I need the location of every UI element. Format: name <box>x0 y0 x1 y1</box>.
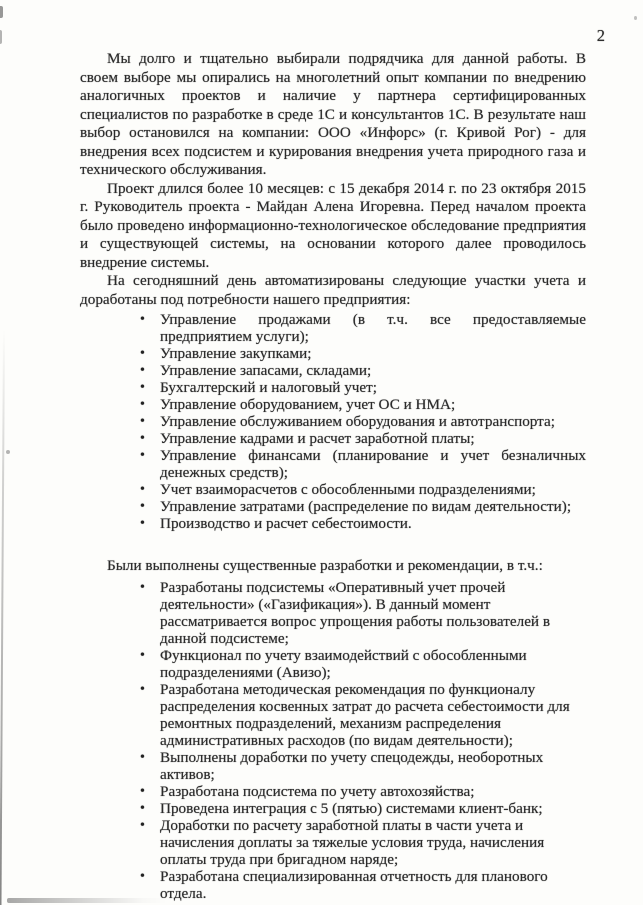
list-item: • Бухгалтерский и налоговый учет; <box>80 379 586 396</box>
document-content: Мы долго и тщательно выбирали подрядчика… <box>80 50 586 902</box>
list-item: • Управление кадрами и расчет заработной… <box>80 430 586 447</box>
list-item: • Управление запасами, складами; <box>80 362 586 379</box>
automated-areas-list: • Управление продажами (в т.ч. все предо… <box>80 311 586 532</box>
list-item-text: Управление оборудованием, учет ОС и НМА; <box>160 396 586 413</box>
list-item: • Разработана методическая рекомендация … <box>80 681 586 749</box>
list-item-text: Учет взаиморасчетов с обособленными подр… <box>160 481 586 498</box>
scan-speck-artifact <box>6 450 10 454</box>
list-item-text: Управление затратами (распределение по в… <box>160 498 586 515</box>
bullet-icon: • <box>140 362 160 379</box>
list-item: • Разработаны подсистемы «Оперативный уч… <box>80 579 586 647</box>
list-item: • Управление продажами (в т.ч. все предо… <box>80 311 586 345</box>
list-item-text: Выполнены доработки по учету спецодежды,… <box>160 749 586 783</box>
developments-lead: Были выполнены существенные разработки и… <box>80 557 586 576</box>
bullet-icon: • <box>140 515 160 532</box>
scan-smudge-artifact <box>7 898 167 903</box>
list-item-text: Управление кадрами и расчет заработной п… <box>160 430 586 447</box>
list-item-text: Управление закупками; <box>160 345 586 362</box>
page-number: 2 <box>597 26 605 46</box>
scan-mark-artifact <box>0 30 2 44</box>
list-item-text: Разработаны подсистемы «Оперативный учет… <box>160 579 586 647</box>
bullet-icon: • <box>140 681 160 749</box>
list-item-text: Разработана специализированная отчетност… <box>160 868 586 902</box>
list-item-text: Доработки по расчету заработной платы в … <box>160 817 586 868</box>
list-item: • Управление закупками; <box>80 345 586 362</box>
bullet-icon: • <box>140 647 160 681</box>
list-item-text: Функционал по учету взаимодействий с обо… <box>160 647 586 681</box>
list-item: • Проведена интеграция с 5 (пятью) систе… <box>80 800 586 817</box>
paragraph-automated-intro: На сегодняшний день автоматизированы сле… <box>80 272 586 309</box>
bullet-icon: • <box>140 345 160 362</box>
bullet-icon: • <box>140 579 160 647</box>
list-item-text: Управление обслуживанием оборудования и … <box>160 413 586 430</box>
bullet-icon: • <box>140 413 160 430</box>
list-item-text: Разработана подсистема по учету автохозя… <box>160 783 586 800</box>
bullet-icon: • <box>140 800 160 817</box>
list-item-text: Бухгалтерский и налоговый учет; <box>160 379 586 396</box>
paragraph-contractor-choice: Мы долго и тщательно выбирали подрядчика… <box>80 50 586 180</box>
document-page: 2 Мы долго и тщательно выбирали подрядчи… <box>0 0 643 905</box>
bullet-icon: • <box>140 379 160 396</box>
developments-list: • Разработаны подсистемы «Оперативный уч… <box>80 579 586 902</box>
list-item: • Управление затратами (распределение по… <box>80 498 586 515</box>
list-item: • Разработана подсистема по учету автохо… <box>80 783 586 800</box>
list-item: • Управление финансами (планирование и у… <box>80 447 586 481</box>
list-item: • Доработки по расчету заработной платы … <box>80 817 586 868</box>
bullet-icon: • <box>140 817 160 868</box>
list-item: • Учет взаиморасчетов с обособленными по… <box>80 481 586 498</box>
list-item: • Функционал по учету взаимодействий с о… <box>80 647 586 681</box>
bullet-icon: • <box>140 749 160 783</box>
bullet-icon: • <box>140 311 160 345</box>
list-item: • Производство и расчет себестоимости. <box>80 515 586 532</box>
bullet-icon: • <box>140 481 160 498</box>
bullet-icon: • <box>140 868 160 902</box>
bullet-icon: • <box>140 430 160 447</box>
list-item-text: Производство и расчет себестоимости. <box>160 515 586 532</box>
list-item: • Управление оборудованием, учет ОС и НМ… <box>80 396 586 413</box>
list-item: • Разработана специализированная отчетно… <box>80 868 586 902</box>
paragraph-project-duration: Проект длился более 10 месяцев: с 15 дек… <box>80 180 586 273</box>
bullet-icon: • <box>140 447 160 481</box>
list-item-text: Разработана методическая рекомендация по… <box>160 681 586 749</box>
scan-speck-artifact <box>634 16 637 20</box>
list-item-text: Управление финансами (планирование и уче… <box>160 447 586 481</box>
list-item-text: Управление продажами (в т.ч. все предост… <box>160 311 586 345</box>
bullet-icon: • <box>140 783 160 800</box>
list-item: • Выполнены доработки по учету спецодежд… <box>80 749 586 783</box>
list-item-text: Управление запасами, складами; <box>160 362 586 379</box>
bullet-icon: • <box>140 498 160 515</box>
scan-edge-artifact <box>0 330 5 905</box>
list-item: • Управление обслуживанием оборудования … <box>80 413 586 430</box>
list-item-text: Проведена интеграция с 5 (пятью) система… <box>160 800 586 817</box>
bullet-icon: • <box>140 396 160 413</box>
scan-mark-artifact <box>0 6 3 18</box>
